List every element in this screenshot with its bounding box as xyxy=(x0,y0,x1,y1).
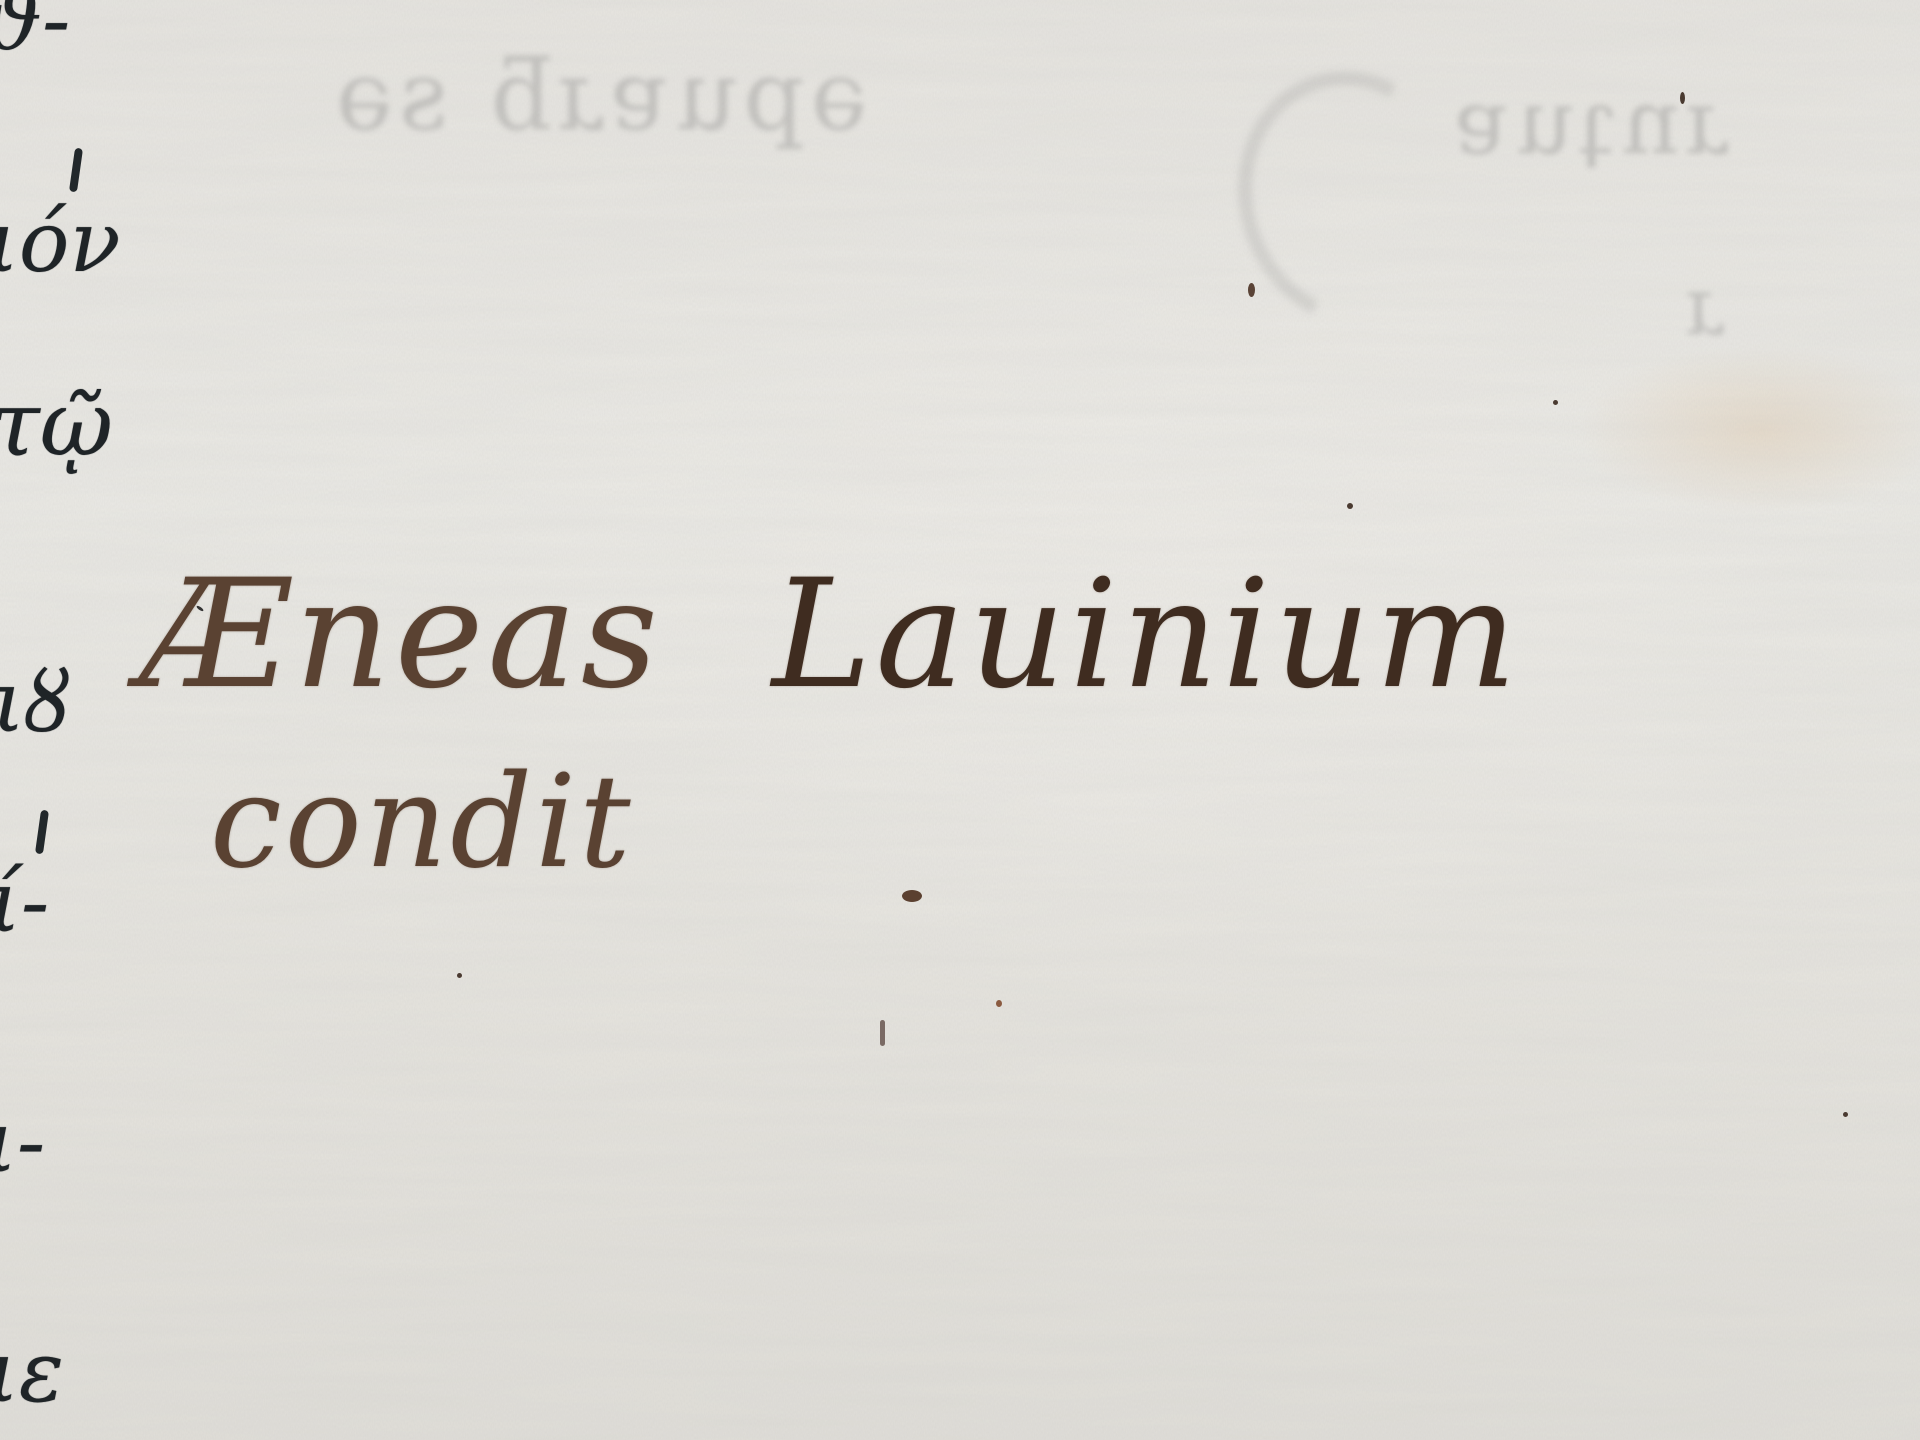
annotation-word-lauinium: Lauinium xyxy=(772,548,1521,722)
ink-speck xyxy=(457,973,462,978)
greek-line: ϑ- xyxy=(0,0,70,62)
ink-speck xyxy=(880,1020,885,1046)
bleed-through-text-3: ɹ xyxy=(1680,260,1726,353)
ink-speck xyxy=(902,890,922,902)
ink-speck xyxy=(1843,1112,1848,1117)
greek-line: ι- xyxy=(0,1100,45,1184)
accent-mark xyxy=(69,148,83,193)
ink-speck xyxy=(1248,283,1255,297)
ink-speck xyxy=(1680,92,1685,104)
annotation-line-2: condit xyxy=(210,748,634,897)
ink-speck xyxy=(1553,400,1558,405)
annotation-line-1: ÆneasLauinium xyxy=(140,548,1521,722)
accent-mark xyxy=(35,810,49,855)
greek-line: ί- xyxy=(0,860,49,944)
greek-line: ιȣ xyxy=(0,660,71,744)
ink-speck xyxy=(996,1000,1002,1007)
greek-line: ιόν xyxy=(0,200,121,284)
ink-speck xyxy=(1347,503,1353,509)
bleed-through-text-1: ǝpuɐɹƃ sǝ xyxy=(330,40,867,152)
bleed-through-text-2: ɹnʇuɐ xyxy=(1450,70,1731,175)
manuscript-page: ǝpuɐɹƃ sǝ ɹnʇuɐ ɹ ϑ- ιόν τῷ ιȣ ί- ι- ιε … xyxy=(0,0,1920,1440)
annotation-word-aeneas: Æneas xyxy=(140,548,662,722)
greek-line: τῷ xyxy=(0,380,113,470)
greek-line: ιε xyxy=(0,1330,64,1414)
